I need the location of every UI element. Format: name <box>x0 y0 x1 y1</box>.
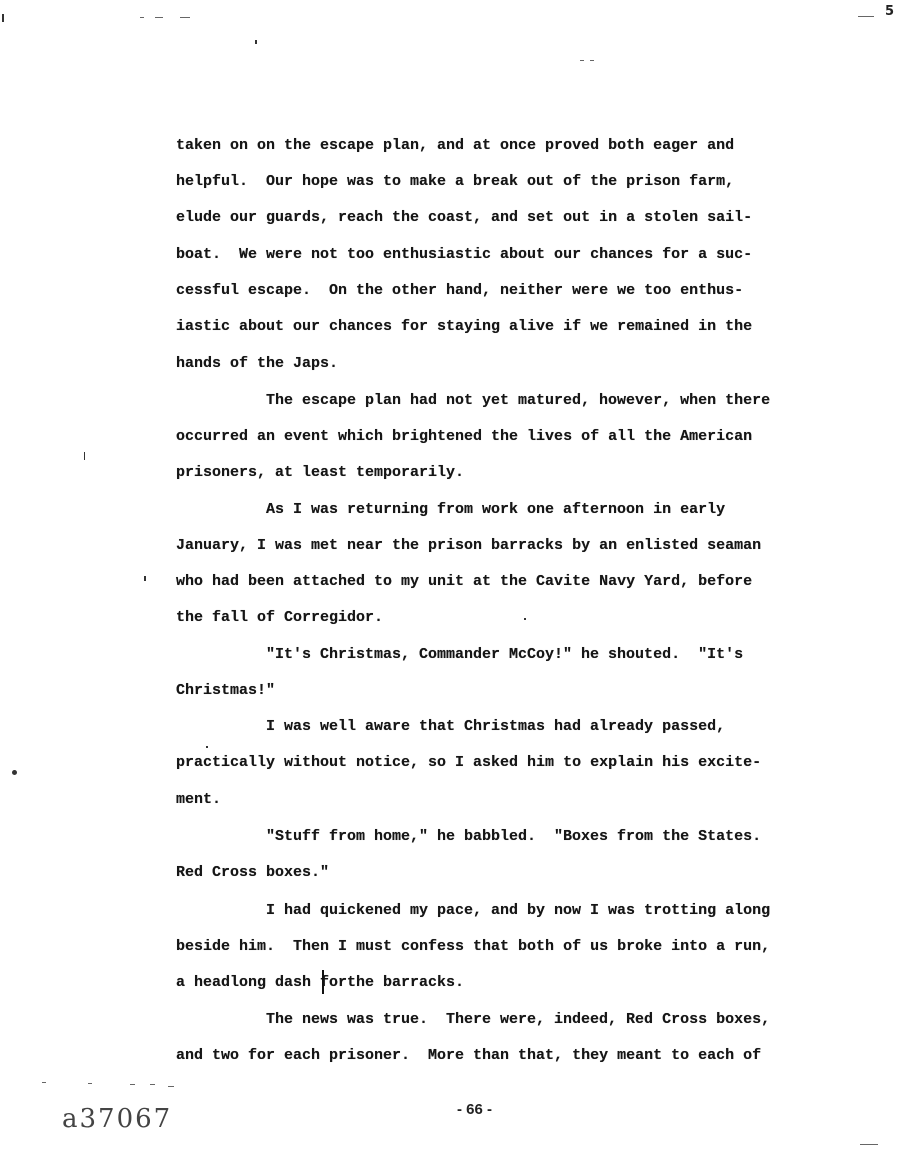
document-page: 5 taken on on the escape plan, and at on… <box>0 0 900 1166</box>
text-line: prisoners, at least temporarily. <box>176 464 464 482</box>
text-line: Red Cross boxes." <box>176 864 329 882</box>
scan-artifact <box>155 17 163 18</box>
corner-mark: 5 <box>885 4 894 19</box>
text-line: helpful. Our hope was to make a break ou… <box>176 173 734 191</box>
page-number: - 66 - <box>457 1101 492 1118</box>
text-line: and two for each prisoner. More than tha… <box>176 1047 761 1065</box>
text-line: Christmas!" <box>176 682 275 700</box>
insertion-mark <box>322 970 324 994</box>
text-line: practically without notice, so I asked h… <box>176 754 761 772</box>
text-line: ment. <box>176 791 221 809</box>
text-line: beside him. Then I must confess that bot… <box>176 938 770 956</box>
scan-artifact <box>580 60 584 61</box>
text-line: the fall of Corregidor. <box>176 609 383 627</box>
text-line: hands of the Japs. <box>176 355 338 373</box>
scan-artifact <box>130 1084 135 1085</box>
scan-artifact <box>180 17 190 18</box>
text-line: "It's Christmas, Commander McCoy!" he sh… <box>266 646 743 664</box>
text-line: taken on on the escape plan, and at once… <box>176 137 734 155</box>
scan-artifact <box>150 1084 155 1085</box>
text-line: who had been attached to my unit at the … <box>176 573 752 591</box>
text-line: I was well aware that Christmas had alre… <box>266 718 725 736</box>
scan-artifact <box>42 1082 46 1083</box>
scan-artifact <box>168 1086 174 1087</box>
text-line: cessful escape. On the other hand, neith… <box>176 282 743 300</box>
text-line: I had quickened my pace, and by now I wa… <box>266 902 770 920</box>
scan-artifact <box>524 618 526 620</box>
scan-artifact <box>590 60 594 61</box>
scan-artifact <box>144 576 146 581</box>
scan-artifact <box>2 14 4 22</box>
scan-artifact <box>88 1083 92 1084</box>
text-line: elude our guards, reach the coast, and s… <box>176 209 752 227</box>
text-line: boat. We were not too enthusiastic about… <box>176 246 752 264</box>
scan-artifact <box>255 40 257 44</box>
text-line: January, I was met near the prison barra… <box>176 537 761 555</box>
scan-artifact <box>12 770 17 775</box>
handwritten-archive-id: a37067 <box>62 1104 172 1134</box>
text-line: a headlong dash forthe barracks. <box>176 974 464 992</box>
scan-artifact <box>140 17 144 18</box>
text-line: iastic about our chances for staying ali… <box>176 318 752 336</box>
scan-artifact <box>84 452 85 460</box>
text-line: The escape plan had not yet matured, how… <box>266 392 770 410</box>
text-line: occurred an event which brightened the l… <box>176 428 752 446</box>
text-line: The news was true. There were, indeed, R… <box>266 1011 770 1029</box>
scan-artifact <box>858 16 874 17</box>
scan-artifact <box>860 1144 878 1145</box>
text-line: As I was returning from work one afterno… <box>266 501 725 519</box>
scan-artifact <box>206 746 208 748</box>
text-line: "Stuff from home," he babbled. "Boxes fr… <box>266 828 761 846</box>
